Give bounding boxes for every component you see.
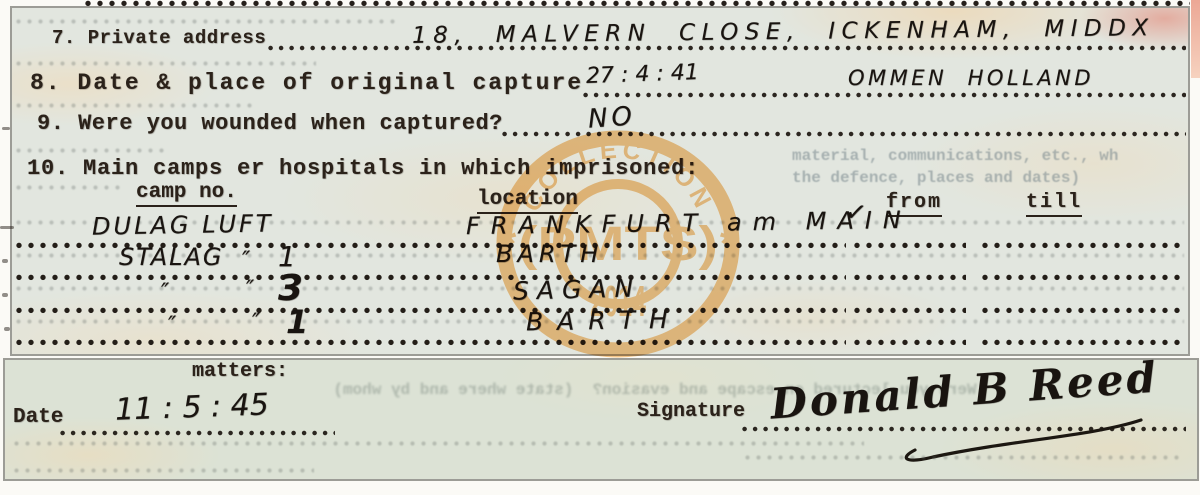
svg-text:COLLECTION: COLLECTION: [518, 135, 719, 216]
collection-stamp-watermark: COLLECTION * * (PMTS) 2014: [490, 126, 746, 364]
ditto-mark: ″: [168, 313, 176, 338]
dotted-line-till: [982, 274, 1182, 281]
date-label: Date: [13, 406, 63, 429]
q8-date-handwriting: 27 : 4 : 41: [586, 60, 700, 89]
ditto-mark: ″: [161, 280, 169, 305]
q7-label: 7. Private address: [52, 27, 266, 49]
bleedthrough-text: material, communications, etc., wh: [792, 147, 1118, 165]
dotted-line-till: [982, 242, 1182, 249]
signature-flourish: [893, 416, 1148, 468]
dotted-line: [268, 45, 1186, 51]
dotted-line-from: [854, 274, 966, 281]
column-header-till: till: [1026, 191, 1082, 217]
bleedthrough-dots: [16, 61, 316, 66]
dotted-line: [85, 0, 1190, 7]
dotted-line-till: [982, 307, 1182, 314]
stray-mark: [2, 127, 10, 130]
column-header-camp-no: camp no.: [136, 181, 237, 207]
ditto-mark: ″: [246, 277, 254, 302]
stamp-year: 2014: [590, 277, 646, 326]
table-row-camp: STALAG: [119, 243, 224, 271]
bleedthrough-dots: [16, 185, 126, 190]
dotted-line-till: [982, 339, 1182, 346]
matters-label: matters:: [192, 360, 288, 383]
table-row-camp: DULAG LUFT: [92, 209, 274, 240]
date-value-handwriting: 11 : 5 : 45: [114, 387, 269, 427]
stamp-arc-text: COLLECTION: [518, 135, 719, 216]
signature-label: Signature: [637, 400, 745, 423]
scan-edge-stain: [1191, 0, 1200, 78]
stray-mark: [0, 226, 14, 229]
bleedthrough-dots: [14, 441, 864, 446]
bleedthrough-dots: [16, 19, 396, 24]
q8-place-handwriting: OMMEN HOLLAND: [848, 66, 1094, 90]
dotted-line: [583, 92, 1186, 98]
dotted-line-from: [854, 242, 966, 249]
q9-label: 9. Were you wounded when captured?: [37, 111, 503, 136]
stray-mark: [2, 293, 8, 297]
q8-label: 8. Date & place of original capture: [30, 70, 583, 96]
bleedthrough-dots: [16, 103, 256, 108]
dotted-line-from: [854, 339, 966, 346]
dotted-line-from: [854, 307, 966, 314]
bleedthrough-text: the defence, places and dates): [792, 169, 1080, 187]
stray-mark: [4, 327, 10, 331]
stamp-star-left: *: [500, 220, 517, 267]
dotted-line: [60, 430, 335, 436]
stamp-center-text: (PMTS): [518, 218, 718, 271]
bleedthrough-dots: [745, 455, 1185, 460]
scanned-pow-questionnaire: material, communications, etc., wh the d…: [0, 0, 1200, 495]
stamp-star-right: *: [720, 220, 737, 267]
table-row-camp-number: 1: [286, 303, 308, 341]
bleedthrough-dots: [16, 148, 166, 153]
ditto-mark: ″: [242, 248, 250, 273]
stray-mark: [2, 259, 8, 263]
ditto-mark: ″: [252, 310, 260, 335]
bleedthrough-dots: [14, 468, 314, 473]
